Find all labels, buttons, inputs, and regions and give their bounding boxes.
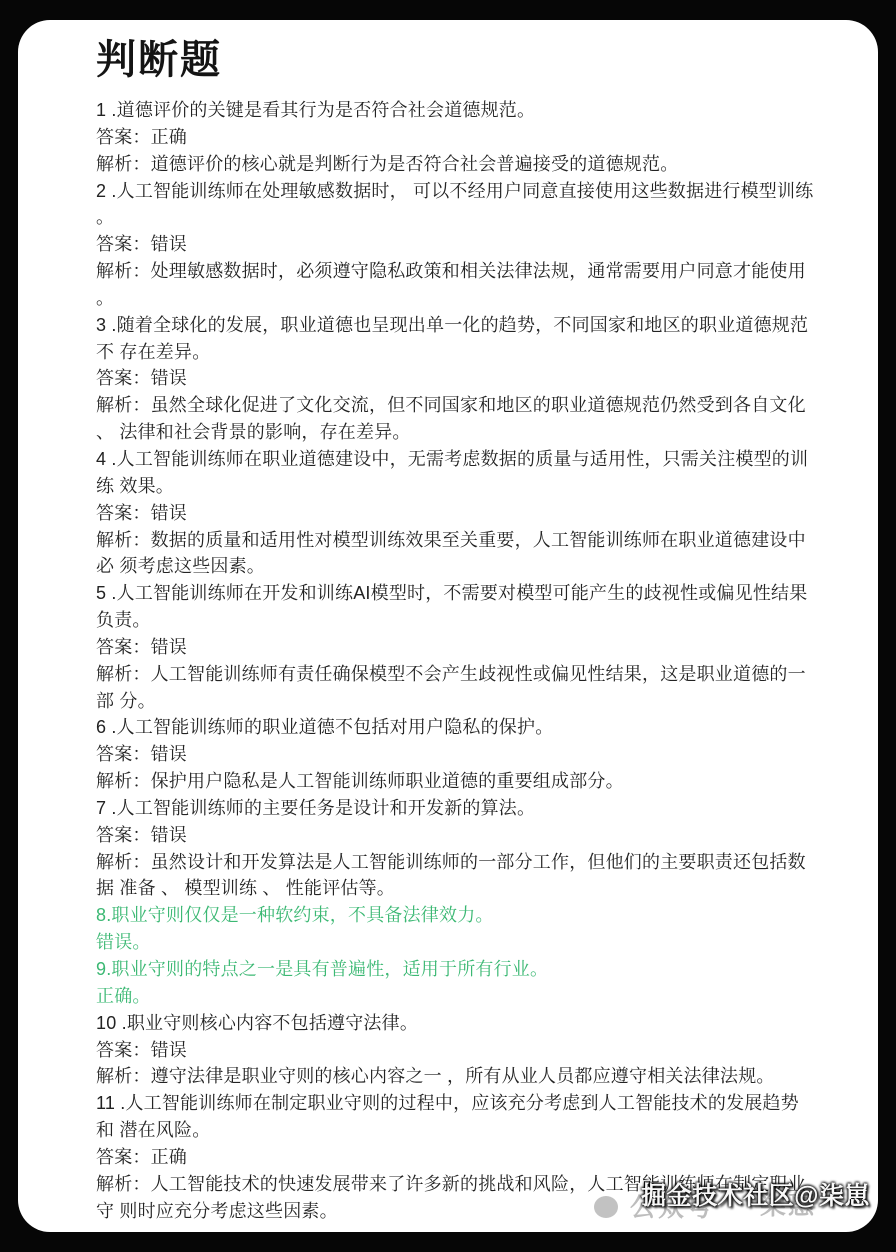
document-line: 4 .人工智能训练师在职业道德建设中，无需考虑数据的质量与适用性，只需关注模型的… — [96, 446, 816, 473]
document-line: 解析：数据的质量和适用性对模型训练效果至关重要，人工智能训练师在职业道德建设中 — [96, 527, 816, 554]
document-line: 6 .人工智能训练师的职业道德不包括对用户隐私的保护。 — [96, 714, 816, 741]
document-line: 7 .人工智能训练师的主要任务是设计和开发新的算法。 — [96, 795, 816, 822]
document-body: 1 .道德评价的关键是看其行为是否符合社会道德规范。答案：正确解析：道德评价的核… — [96, 97, 816, 1224]
document-line: 2 .人工智能训练师在处理敏感数据时， 可以不经用户同意直接使用这些数据进行模型… — [96, 178, 816, 205]
document-line: 答案：错误 — [96, 231, 816, 258]
document-line: 部 分。 — [96, 688, 816, 715]
document-line: 解析：道德评价的核心就是判断行为是否符合社会普遍接受的道德规范。 — [96, 151, 816, 178]
document-line: 5 .人工智能训练师在开发和训练AI模型时，不需要对模型可能产生的歧视性或偏见性… — [96, 580, 816, 607]
document-content: 判断题 1 .道德评价的关键是看其行为是否符合社会道德规范。答案：正确解析：道德… — [96, 36, 816, 1224]
document-line: 答案：错误 — [96, 365, 816, 392]
document-line: 、 法律和社会背景的影响，存在差异。 — [96, 419, 816, 446]
document-line: 。 — [96, 285, 816, 312]
document-line: 答案：错误 — [96, 822, 816, 849]
screenshot-root: { "colors": { "background": "#060606", "… — [0, 0, 896, 1252]
document-line: 答案：错误 — [96, 741, 816, 768]
watermark-text: 掘金技术社区@柒崽 — [641, 1176, 870, 1212]
document-line: 解析：遵守法律是职业守则的核心内容之一 ，所有从业人员都应遵守相关法律法规。 — [96, 1063, 816, 1090]
document-line: 练 效果。 — [96, 473, 816, 500]
document-line: 正确。 — [96, 983, 816, 1010]
document-line: 。 — [96, 204, 816, 231]
page-title: 判断题 — [96, 36, 816, 84]
document-line: 3 .随着全球化的发展，职业道德也呈现出单一化的趋势，不同国家和地区的职业道德规… — [96, 312, 816, 339]
document-line: 8.职业守则仅仅是一种软约束，不具备法律效力。 — [96, 902, 816, 929]
watermark: 公众号 柒惠 掘金技术社区@柒崽 — [592, 1174, 872, 1226]
document-line: 和 潜在风险。 — [96, 1117, 816, 1144]
document-line: 解析：保护用户隐私是人工智能训练师职业道德的重要组成部分。 — [96, 768, 816, 795]
document-line: 错误。 — [96, 929, 816, 956]
document-line: 据 准备 、 模型训练 、 性能评估等。 — [96, 875, 816, 902]
document-line: 答案：正确 — [96, 124, 816, 151]
document-line: 1 .道德评价的关键是看其行为是否符合社会道德规范。 — [96, 97, 816, 124]
document-page: 判断题 1 .道德评价的关键是看其行为是否符合社会道德规范。答案：正确解析：道德… — [18, 20, 878, 1232]
document-line: 解析：人工智能训练师有责任确保模型不会产生歧视性或偏见性结果，这是职业道德的一 — [96, 661, 816, 688]
document-line: 解析：虽然设计和开发算法是人工智能训练师的一部分工作，但他们的主要职责还包括数 — [96, 849, 816, 876]
document-line: 答案：错误 — [96, 1037, 816, 1064]
document-line: 9.职业守则的特点之一是具有普遍性，适用于所有行业。 — [96, 956, 816, 983]
document-line: 10 .职业守则核心内容不包括遵守法律。 — [96, 1010, 816, 1037]
document-line: 答案：错误 — [96, 500, 816, 527]
document-line: 答案：正确 — [96, 1144, 816, 1171]
document-line: 解析：处理敏感数据时，必须遵守隐私政策和相关法律法规，通常需要用户同意才能使用 — [96, 258, 816, 285]
document-line: 不 存在差异。 — [96, 339, 816, 366]
document-line: 必 须考虑这些因素。 — [96, 553, 816, 580]
document-line: 负责。 — [96, 607, 816, 634]
document-line: 解析：虽然全球化促进了文化交流，但不同国家和地区的职业道德规范仍然受到各自文化 — [96, 392, 816, 419]
document-line: 11 .人工智能训练师在制定职业守则的过程中，应该充分考虑到人工智能技术的发展趋… — [96, 1090, 816, 1117]
document-line: 答案：错误 — [96, 634, 816, 661]
watermark-blob — [594, 1196, 618, 1218]
